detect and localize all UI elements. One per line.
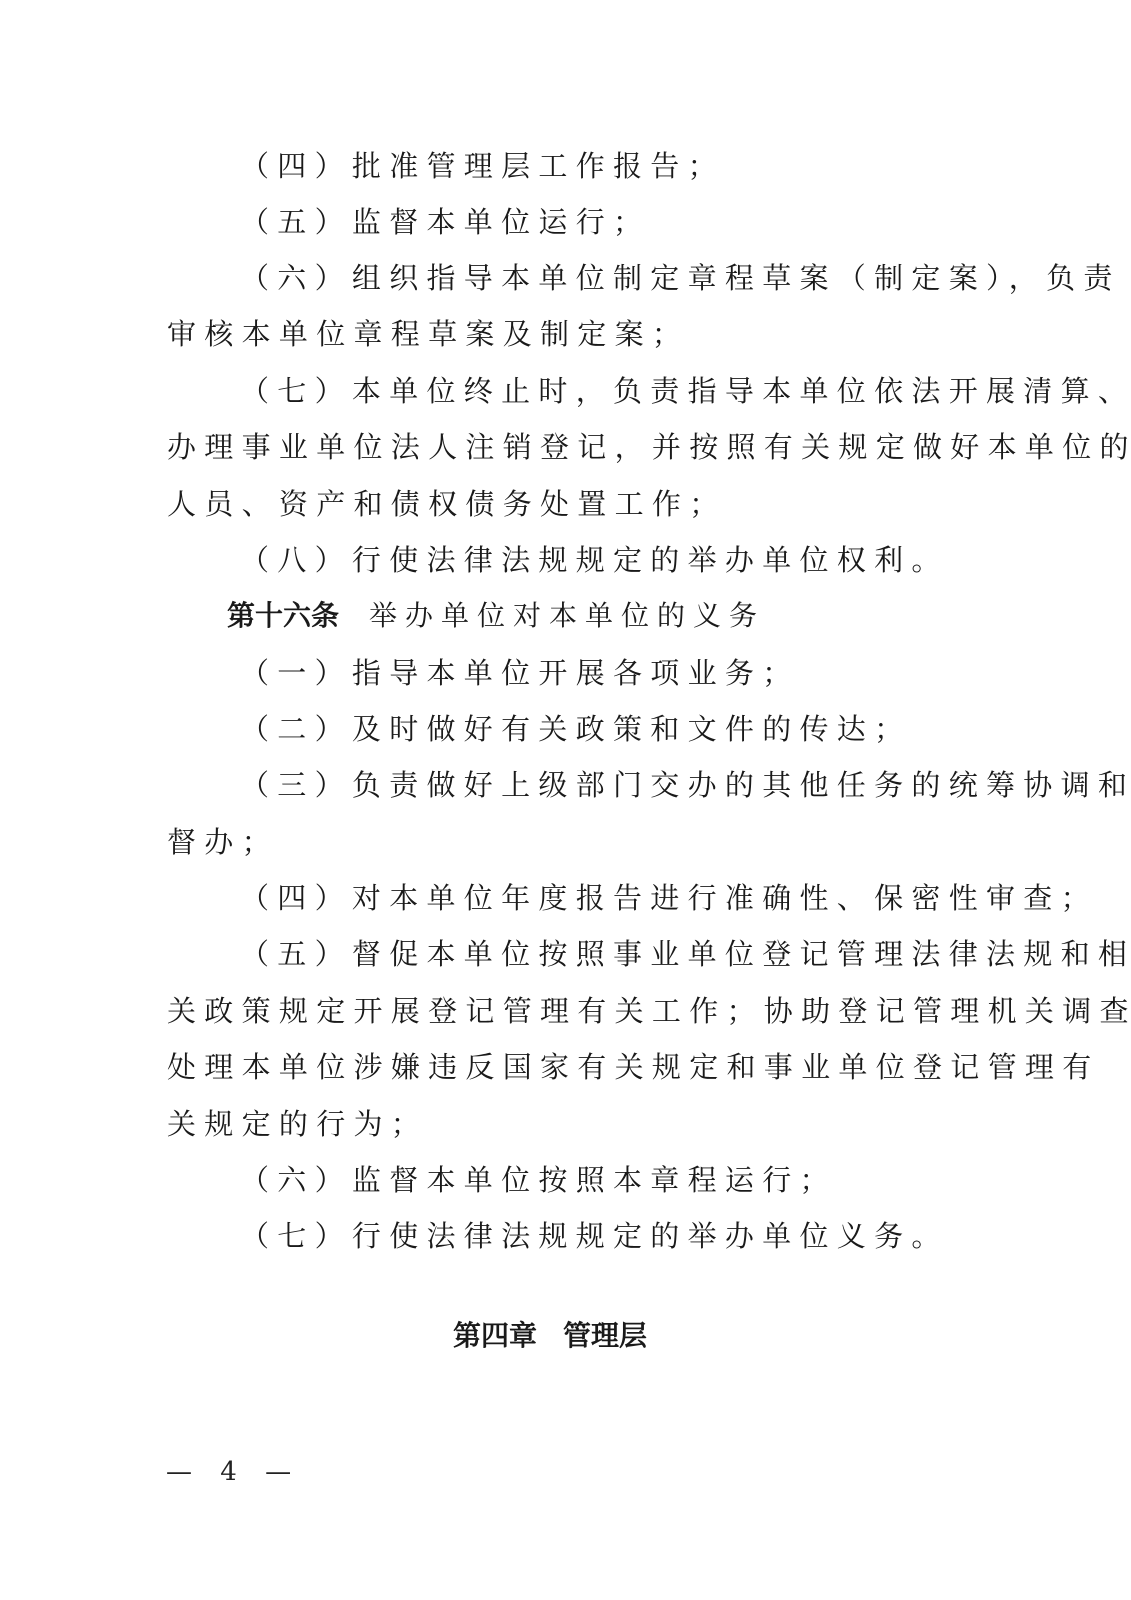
duty-5-registration-line3: 处理本单位涉嫌违反国家有关规定和事业单位登记管理有 [167, 1047, 937, 1087]
clause-6-charter-line1: （六）组织指导本单位制定章程草案（制定案），负责 [240, 258, 1010, 298]
clause-4-approve-report: （四）批准管理层工作报告； [240, 146, 1010, 186]
clause-5-supervise: （五）监督本单位运行； [240, 202, 1010, 242]
clause-7-termination-line2: 办理事业单位法人注销登记，并按照有关规定做好本单位的 [167, 427, 937, 467]
page-number: — 4 — [166, 1454, 301, 1490]
duty-4-review: （四）对本单位年度报告进行准确性、保密性审查； [240, 878, 1010, 918]
clause-6-charter-line2: 审核本单位章程草案及制定案； [167, 314, 937, 354]
clause-7-termination-line1: （七）本单位终止时，负责指导本单位依法开展清算、 [240, 371, 1010, 411]
article-title: 举办单位对本单位的义务 [369, 599, 765, 632]
chapter-4-heading: 第四章管理层 [0, 1316, 1100, 1356]
duty-5-registration-line4: 关规定的行为； [167, 1104, 937, 1144]
duty-6-supervise: （六）监督本单位按照本章程运行； [240, 1160, 1010, 1200]
document-page: （四）批准管理层工作报告； （五）监督本单位运行； （六）组织指导本单位制定章程… [0, 0, 1131, 1600]
article-number: 第十六条 [227, 599, 339, 632]
duty-7-obligations: （七）行使法律法规规定的举办单位义务。 [240, 1216, 1010, 1256]
duty-1-guide: （一）指导本单位开展各项业务； [240, 653, 1010, 693]
duty-3-coordinate-line2: 督办； [167, 822, 937, 862]
clause-8-rights: （八）行使法律法规规定的举办单位权利。 [240, 540, 1010, 580]
duty-5-registration-line1: （五）督促本单位按照事业单位登记管理法律法规和相 [240, 934, 1010, 974]
article-16-heading: 第十六条举办单位对本单位的义务 [227, 596, 765, 636]
duty-2-communicate: （二）及时做好有关政策和文件的传达； [240, 709, 1010, 749]
duty-3-coordinate-line1: （三）负责做好上级部门交办的其他任务的统筹协调和 [240, 765, 1010, 805]
chapter-number: 第四章 [453, 1319, 537, 1352]
clause-7-termination-line3: 人员、资产和债权债务处置工作； [167, 484, 937, 524]
chapter-title: 管理层 [563, 1319, 647, 1352]
duty-5-registration-line2: 关政策规定开展登记管理有关工作；协助登记管理机关调查 [167, 991, 937, 1031]
